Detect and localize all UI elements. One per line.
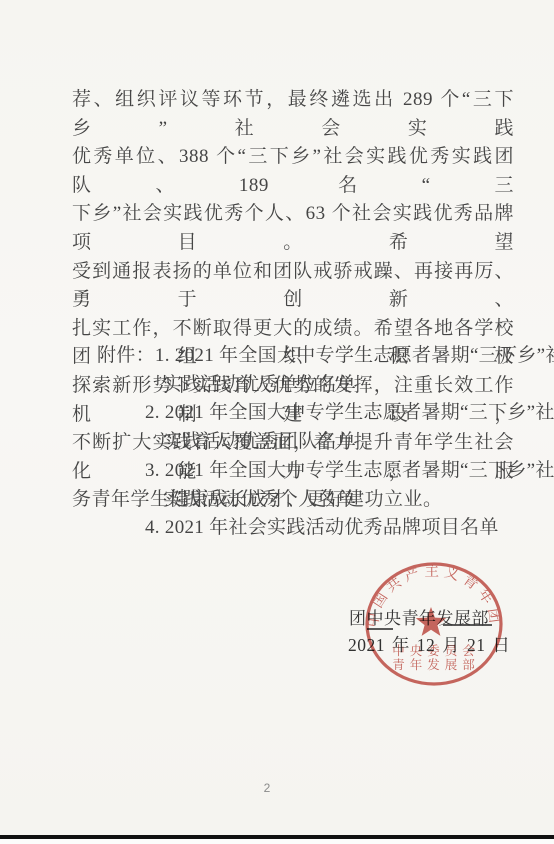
- attachment-line: 3. 2021 年全国大中专学生志愿者暑期“三下乡”社会: [72, 457, 532, 486]
- scan-edge-margin: [0, 839, 554, 844]
- attachment-line: 实践活动优秀单位名单: [72, 371, 532, 400]
- attachment-line: 2. 2021 年全国大中专学生志愿者暑期“三下乡”社会: [72, 399, 532, 428]
- attachment-line: 附件：1. 2021 年全国大中专学生志愿者暑期“三下乡”社会: [72, 342, 532, 371]
- attachment-line: 4. 2021 年社会实践活动优秀品牌项目名单: [72, 514, 532, 543]
- attachments-block: 附件：1. 2021 年全国大中专学生志愿者暑期“三下乡”社会 实践活动优秀单位…: [72, 342, 532, 543]
- attachment-line: 实践活动优秀个人名单: [72, 486, 532, 515]
- official-seal: 中国共产主义青年团 中央委员会 青年发展部: [360, 557, 508, 691]
- body-line: 荐、组织评议等环节，最终遴选出 289 个“三下乡”社会实践: [72, 86, 514, 143]
- seal-star-icon: [416, 607, 446, 636]
- attachment-line: 实践活动优秀团队名单: [72, 428, 532, 457]
- seal-inner-text-2: 青年发展部: [392, 657, 480, 672]
- seal-inner-text-1: 中央委员会: [392, 643, 480, 658]
- body-line: 受到通报表扬的单位和团队戒骄戒躁、再接再厉、勇于创新、: [72, 258, 514, 315]
- page-number: 2: [0, 781, 534, 795]
- body-line: 优秀单位、388 个“三下乡”社会实践优秀实践团队、189 名“三: [72, 143, 514, 200]
- scanned-document-page: 荐、组织评议等环节，最终遴选出 289 个“三下乡”社会实践 优秀单位、388 …: [0, 0, 554, 844]
- body-line: 下乡”社会实践优秀个人、63 个社会实践优秀品牌项目。希望: [72, 200, 514, 257]
